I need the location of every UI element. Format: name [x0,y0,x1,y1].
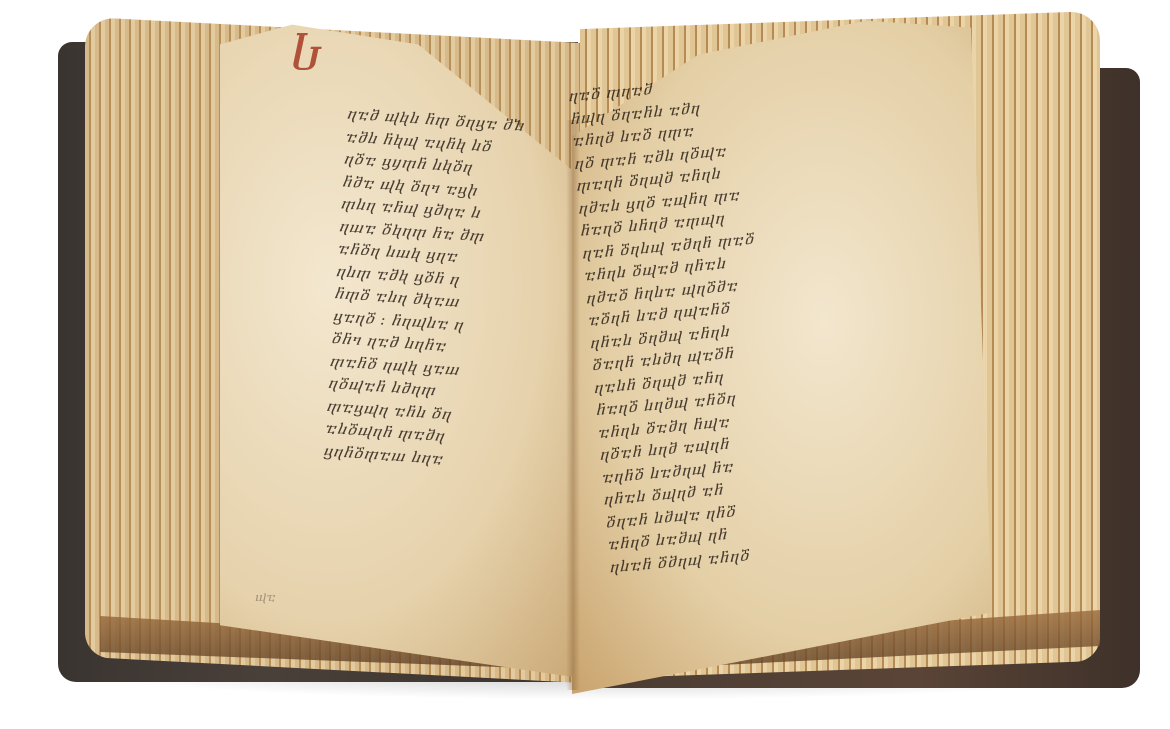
folio-mark: ⴓⴀ [255,590,276,604]
rubric-initial: Ⴑ [290,30,323,81]
left-page-text: ⴄⴀⴋ ⴓⴉⴑ ⴌⴅ ⴃⴄⴁⴀ ⴋⴆ ⴀⴋⴑ ⴌⴉⴓ ⴀⴗⴌⴉ ⴑⴃ ⴄⴃⴀ ⴁ… [313,103,577,618]
right-page-text: ⴄⴀⴃ ⴅⴄⴀⴋ ⴌⴓⴄ ⴃⴄⴀⴌⴑ ⴀⴋⴄ ⴀⴌⴄⴋ ⴑⴀⴃ ⴄⴅⴀ ⴄⴃ ⴅ… [567,57,943,624]
manuscript-photo: Ⴑ ⴄⴀⴋ ⴓⴉⴑ ⴌⴅ ⴃⴄⴁⴀ ⴋⴆ ⴀⴋⴑ ⴌⴉⴓ ⴀⴗⴌⴉ ⴑⴃ ⴄⴃⴀ… [0,0,1170,729]
